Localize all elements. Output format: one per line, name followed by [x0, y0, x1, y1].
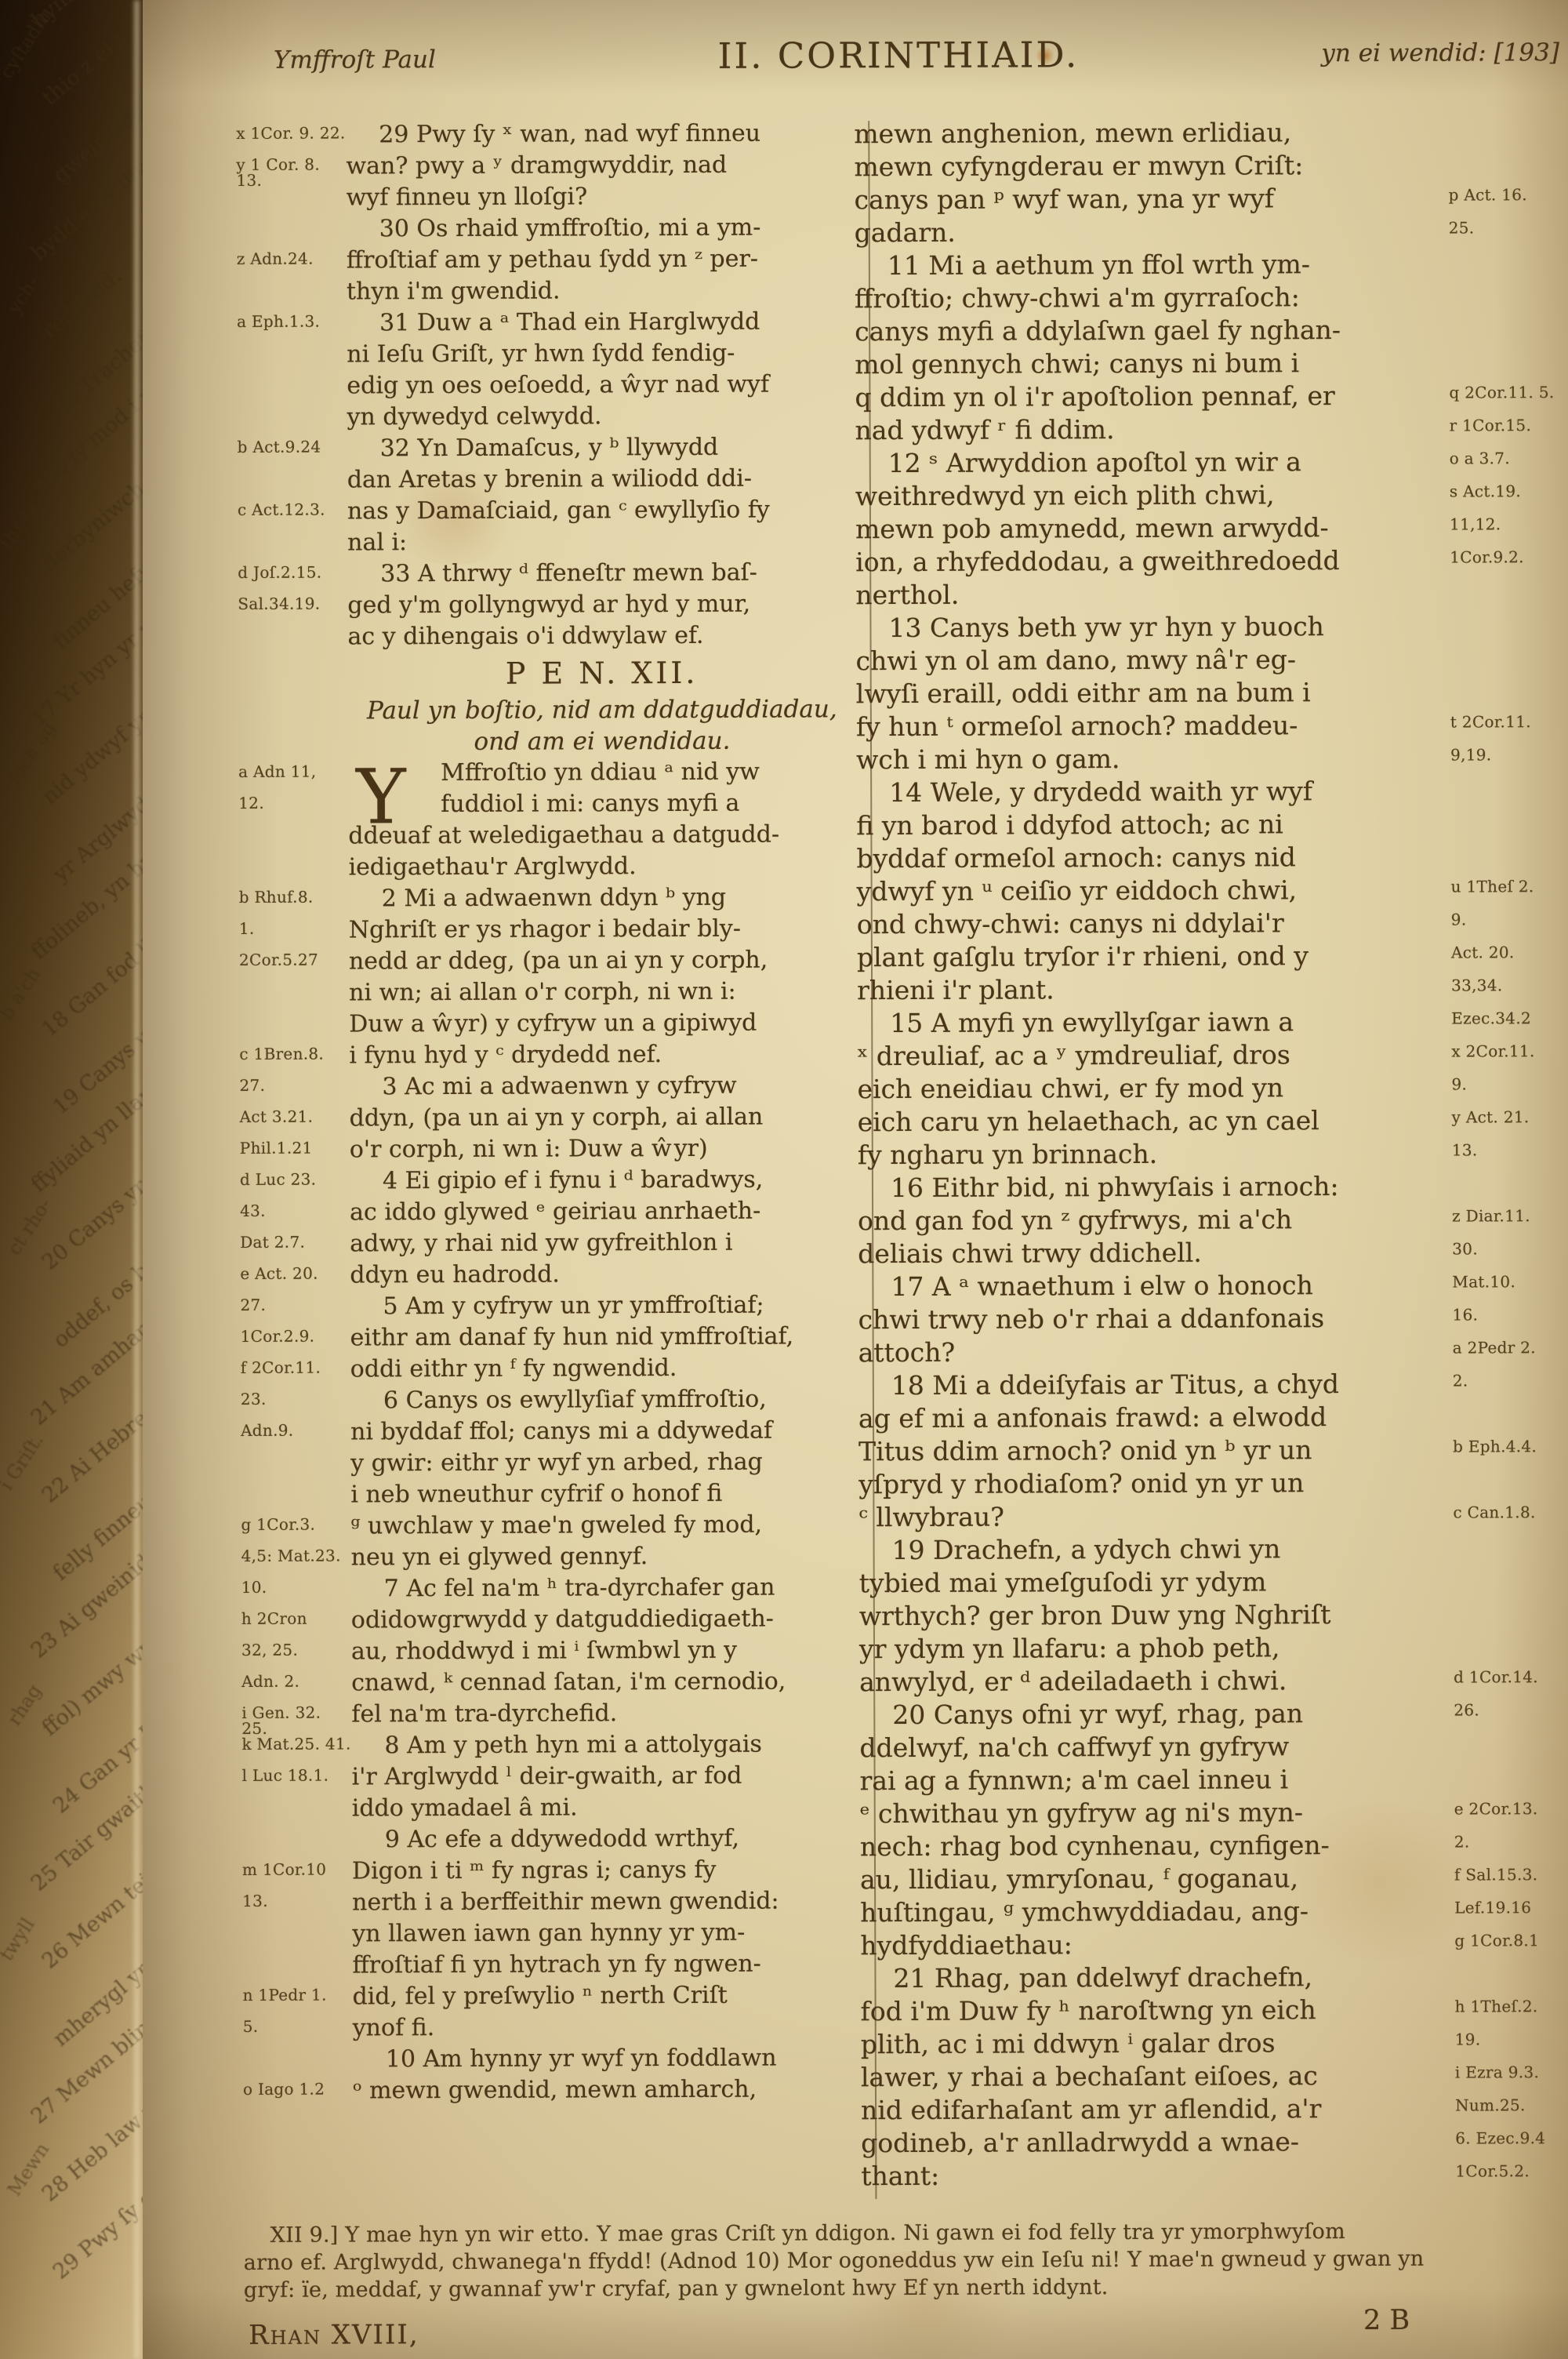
verse-line: fod i'm Duw fy ʰ naroſtwng yn eich [861, 1994, 1447, 2029]
margin-reference [242, 1950, 352, 1981]
margin-reference [1446, 1762, 1563, 1796]
margin-reference [1446, 1960, 1563, 1994]
verse-row: Dat 2.7.adwy, y rhai nid yw gyfreithlon … [240, 1227, 858, 1260]
verse-line: odidowgrwydd y datguddiedigaeth- [351, 1603, 859, 1636]
margin-reference: z Diar.11. [1444, 1202, 1560, 1236]
verse-line: 18 Mi a ddeiſyfais ar Titus, a chyd [858, 1368, 1445, 1403]
verse-line: Paul yn boſtio, nid am ddatguddiadau, [348, 693, 856, 726]
margin-reference [238, 695, 348, 726]
commentary-footnote: XII 9.] Y mae hyn yn wir etto. Y mae gra… [244, 2217, 1568, 2304]
verse-line: Digon i ti ᵐ fy ngras i; canys fy [352, 1854, 860, 1887]
margin-reference [237, 339, 347, 370]
margin-reference: 32, 25. [241, 1636, 351, 1667]
margin-reference: b Eph.4.4. [1445, 1433, 1561, 1467]
margin-reference: Num.25. [1447, 2092, 1563, 2125]
verse-row: 20 Canys ofni yr wyf, rhag, pan26. [859, 1696, 1562, 1732]
verse-row: yr ydym yn llafaru: a phob peth, [859, 1630, 1562, 1666]
verse-line: ᵒ mewn gwendid, mewn amharch, [353, 2074, 861, 2106]
verse-line: anwylyd, er ᵈ adeiladaeth i chwi. [859, 1664, 1446, 1699]
verse-line: Mffroſtio yn ddiau ᵃ nid yw [348, 756, 856, 789]
verse-line: 13 Canys beth yw yr hyn y buoch [855, 610, 1442, 645]
margin-reference: Mat.10. [1444, 1268, 1560, 1302]
verse-row: fod i'm Duw fy ʰ naroſtwng yn eichh 1The… [861, 1993, 1563, 2028]
verse-row: weithredwyd yn eich plith chwi,s Act.19. [855, 478, 1558, 513]
verse-row: z Adn.24.ffroſtiaf am y pethau ſydd yn ᶻ… [237, 243, 855, 277]
verse-row: 27.5 Am y cyfryw un yr ymffroſtiaf; [240, 1289, 858, 1323]
margin-reference: 25. [1441, 214, 1557, 248]
margin-reference [238, 527, 347, 558]
margin-reference [1441, 280, 1557, 314]
spine-edge-text-fragment: cyſtadlu [0, 6, 56, 83]
verse-line: Duw a ŵyr) y cyfryw un a gipiwyd [349, 1007, 857, 1040]
verse-line: mol gennych chwi; canys ni bum i [855, 347, 1441, 382]
verse-row: b Act.9.2432 Yn Damaſcus, y ᵇ llywydd [238, 431, 855, 465]
drop-cap: Y [356, 759, 406, 834]
spine-previous-page: hynny nidthio z ei weinidoggweinidogion … [0, 0, 143, 2359]
margin-reference: 43. [240, 1197, 350, 1228]
verse-line: 21 Rhag, pan ddelwyf drachefn, [860, 1961, 1446, 1996]
margin-reference [1440, 148, 1556, 182]
verse-line: 29 Pwy ſy ˣ wan, nad wyf finneu [346, 118, 854, 151]
verse-row: plant gaſglu tryſor i'r rhieni, ond yAct… [857, 939, 1559, 974]
verse-row: au, llidiau, ymryſonau, ᶠ goganau,f Sal.… [860, 1861, 1563, 1896]
verse-line: edig yn oes oeſoedd, a ŵyr nad wyf [347, 369, 855, 402]
margin-reference: g 1Cor.8.1 [1446, 1927, 1563, 1961]
verse-row: 18 Mi a ddeiſyfais ar Titus, a chyd2. [858, 1367, 1561, 1402]
margin-reference: 33,34. [1443, 972, 1559, 1005]
margin-reference: 11,12. [1442, 511, 1558, 544]
verse-line: wan? pwy a ʸ dramgwyddir, nad [346, 149, 854, 182]
verse-row: fi yn barod i ddyfod attoch; ac ni [856, 807, 1559, 842]
spine-edge-text-fragment: thr he- [0, 487, 49, 553]
verse-line: plant gaſglu tryſor i'r rhieni, ond y [857, 940, 1443, 975]
verse-line: Nghriſt er ys rhagor i bedair bly- [349, 913, 857, 946]
verse-line: chwi trwy neb o'r rhai a ddanfonais [858, 1302, 1444, 1337]
verse-line: ddyn, (pa un ai yn y corph, ai allan [350, 1101, 858, 1134]
verse-line: rhieni i'r plant. [857, 972, 1443, 1008]
margin-reference [239, 977, 349, 1009]
verse-line: ynof fi. [353, 2011, 861, 2044]
verse-row: 1Cor.2.9.eithr am danaf fy hun nid ymffr… [241, 1321, 858, 1354]
verse-line: fi yn barod i ddyfod attoch; ac ni [856, 808, 1443, 843]
margin-reference: d 1Cor.14. [1446, 1663, 1562, 1697]
verse-line: ddelwyf, na'ch caffwyf yn gyfryw [859, 1730, 1446, 1765]
verse-row: attoch?a 2Pedr 2. [858, 1334, 1561, 1369]
margin-reference [241, 1448, 350, 1479]
margin-reference: Dat 2.7. [240, 1228, 350, 1259]
verse-line: rai ag a fynnwn; a'm cael inneu i [860, 1763, 1446, 1798]
verse-row: x 1Cor. 9. 22.29 Pwy ſy ˣ wan, nad wyf f… [236, 118, 854, 151]
margin-reference: b Act.9.24 [238, 433, 347, 464]
verse-row: eich eneidiau chwi, er fy mod yn9. [857, 1070, 1559, 1106]
margin-reference: Ezec.34.2 [1443, 1005, 1559, 1038]
spine-edge-text-fragment: i Griſt. [0, 1430, 48, 1494]
verse-line: mewn pob amynedd, mewn arwydd- [855, 511, 1442, 547]
verse-row: ond chwy-chwi: canys ni ddylai'r9. [857, 906, 1559, 941]
verse-row: h 2Cronodidowgrwydd y datguddiedigaeth- [241, 1603, 859, 1637]
margin-reference: r 1Cor.15. [1442, 412, 1558, 445]
margin-reference [242, 1918, 352, 1950]
verse-line: 14 Wele, y drydedd waith yr wyf [856, 775, 1443, 810]
verse-line: y gwir: eithr yr wyf yn arbed, rhag [350, 1446, 858, 1479]
footnote-line: XII 9.] Y mae hyn yn wir etto. Y mae gra… [244, 2217, 1568, 2249]
verse-line: iedigaethau'r Arglwydd. [348, 850, 856, 883]
margin-reference: 27. [240, 1291, 350, 1322]
verse-line: 5 Am y cyfryw un yr ymffroſtiaf; [350, 1289, 858, 1322]
verse-row: chwi trwy neb o'r rhai a ddanfonais16. [858, 1301, 1560, 1336]
margin-reference [1442, 576, 1558, 610]
margin-reference: Sal.34.19. [238, 590, 347, 621]
verse-row: a Adn 11,Mffroſtio yn ddiau ᵃ nid ywY [238, 756, 856, 790]
section-catchword: Rhan XVIII, [249, 2319, 419, 2351]
verse-line: o'r corph, ni wn i: Duw a ŵyr) [350, 1132, 858, 1165]
verse-row: 27.3 Ac mi a adwaenwn y cyfryw [239, 1070, 857, 1103]
margin-reference: q 2Cor.11. 5. [1441, 379, 1557, 413]
footnote-line: arno ef. Arglwydd, chwanega'n ffydd! (Ad… [244, 2245, 1568, 2277]
verse-row: 5.ynof fi. [243, 2011, 861, 2045]
verse-row: rhieni i'r plant.33,34. [857, 972, 1559, 1007]
verse-row: 4,5: Mat.23.neu yn ei glywed gennyf. [241, 1540, 859, 1574]
verse-row: canys myfi a ddylaſwn gael fy nghan- [855, 313, 1557, 348]
verse-line: ffroſtio; chwy-chwi a'm gyrraſoch: [855, 281, 1441, 316]
verse-row: b Rhuf.8.2 Mi a adwaenwn ddyn ᵇ yng [239, 881, 857, 915]
margin-reference: a 2Pedr 2. [1445, 1334, 1561, 1368]
page-footer: Rhan XVIII, 2 B [244, 2304, 1568, 2359]
verse-row: d Joſ.2.15.33 A thrwy ᵈ ffeneſtr mewn ba… [238, 557, 855, 591]
verse-row: 32, 25.au, rhoddwyd i mi ⁱ ſwmbwl yn y [241, 1634, 859, 1668]
verse-line: ion, a rhyfeddodau, a gweithredoedd [855, 544, 1442, 580]
verse-row: tybied mai ymeſguſodi yr ydym [859, 1565, 1562, 1600]
verse-row: 1.Nghriſt er ys rhagor i bedair bly- [239, 913, 857, 947]
verse-line: ᵍ uwchlaw y mae'n gweled fy mod, [350, 1509, 858, 1542]
verse-row: Titus ddim arnoch? onid yn ᵇ yr unb Eph.… [858, 1433, 1561, 1468]
margin-reference [237, 402, 347, 433]
verse-line: ᶜ llwybrau? [858, 1499, 1445, 1535]
verse-row: 13.nerth i a berffeithir mewn gwendid: [242, 1885, 860, 1919]
margin-reference [237, 213, 347, 245]
verse-line: 30 Os rhaid ymffroſtio, mi a ym- [347, 212, 855, 245]
verse-row: 2Cor.5.27nedd ar ddeg, (pa un ai yn y co… [239, 944, 857, 978]
verse-line: lwyſi eraill, oddi eithr am na bum i [856, 676, 1443, 711]
verse-line: eich eneidiau chwi, er fy mod yn [857, 1071, 1443, 1107]
verse-row: d Luc 23.4 Ei gipio ef i fynu i ᵈ baradw… [240, 1164, 858, 1198]
margin-reference: h 1Theſ.2. [1447, 1993, 1563, 2026]
verse-line: i fynu hyd y ᶜ drydedd nef. [349, 1038, 857, 1071]
verse-line: i'r Arglwydd ˡ deir-gwaith, ar fod [352, 1760, 860, 1793]
verse-row: ᵉ chwithau yn gyfryw ag ni's myn-e 2Cor.… [860, 1795, 1563, 1830]
verse-line: nid edifarhaſant am yr aflendid, a'r [861, 2092, 1447, 2128]
verse-row: 13 Canys beth yw yr hyn y buoch [855, 609, 1558, 645]
verse-line: thyn i'm gwendid. [347, 274, 855, 307]
verse-line: cnawd, ᵏ cennad ſatan, i'm cernodio, [351, 1666, 859, 1699]
verse-line: ᵉ chwithau yn gyfryw ag ni's myn- [860, 1796, 1446, 1831]
verse-row: 10.7 Ac fel na'm ʰ tra-dyrchafer gan [241, 1572, 859, 1605]
verse-line: ˣ dreuliaf, ac a ʸ ymdreuliaf, dros [857, 1038, 1443, 1074]
margin-reference: d Luc 23. [240, 1165, 350, 1197]
verse-line: 3 Ac mi a adwaenwn y cyfryw [349, 1070, 857, 1103]
verse-row: a Eph.1.3.31 Duw a ᵃ Thad ein Harglwydd [237, 306, 855, 340]
verse-line: yr ydym yn llafaru: a phob peth, [859, 1631, 1446, 1667]
verse-line: ffroſtiaf fi yn hytrach yn fy ngwen- [352, 1948, 860, 1981]
margin-reference [1446, 1630, 1562, 1664]
verse-line: ni wn; ai allan o'r corph, ni wn i: [349, 976, 857, 1009]
verse-line: did, fel y preſwylio ⁿ nerth Criſt [352, 1979, 860, 2012]
verse-row: nech: rhag bod cynhenau, cynfigen-2. [860, 1828, 1563, 1863]
margin-reference [241, 1479, 350, 1510]
verse-line: nech: rhag bod cynhenau, cynfigen- [860, 1829, 1446, 1864]
verse-row: Sal.34.19.ged y'm gollyngwyd ar hyd y mu… [238, 588, 855, 622]
verse-line: canys pan ᵖ wyf wan, yna yr wyf [854, 182, 1440, 217]
verse-row: Adn. 2.cnawd, ᵏ cennad ſatan, i'm cernod… [241, 1666, 859, 1699]
margin-reference: o Iago 1.2 [243, 2075, 353, 2106]
margin-reference: z Adn.24. [237, 245, 347, 276]
margin-reference [1442, 609, 1558, 643]
verse-line: au, rhoddwyd i mi ⁱ ſwmbwl yn y [351, 1634, 859, 1667]
verse-line: neu yn ei glywed gennyf. [351, 1540, 859, 1573]
verse-row: fy ngharu yn brinnach.13. [858, 1136, 1560, 1172]
verse-line: 12 ˢ Arwyddion apoſtol yn wir a [855, 445, 1442, 481]
verse-row: i neb wneuthur cyfrif o honof fi [241, 1478, 858, 1511]
verse-line: nal i: [347, 525, 855, 558]
verse-line: nas y Damaſciaid, gan ᶜ ewyllyſio fy [347, 494, 855, 527]
verse-row: thant:1Cor.5.2. [861, 2157, 1563, 2193]
margin-reference [238, 820, 348, 852]
margin-reference [1446, 1598, 1562, 1631]
verse-line: 10 Am hynny yr wyf yn foddlawn [353, 2042, 861, 2075]
verse-row: deliais chwi trwy ddichell.30. [858, 1235, 1560, 1270]
verse-row: ddeuaf at weledigaethau a datgudd- [238, 819, 856, 852]
verse-line: huſtingau, ᵍ ymchwyddiadau, ang- [860, 1895, 1446, 1930]
margin-reference: s Act.19. [1442, 478, 1558, 511]
verse-row: Duw a ŵyr) y cyfryw un a gipiwyd [239, 1007, 857, 1041]
margin-reference: l Luc 18.1. [242, 1761, 352, 1793]
verse-row: nad ydwyf ʳ fi ddim.r 1Cor.15. [855, 412, 1558, 447]
verse-row: 12.fuddiol i mi: canys myfi a [238, 787, 856, 821]
margin-reference: e Act. 20. [240, 1259, 350, 1291]
spine-edge-text-fragment: twyll [0, 1914, 39, 1965]
verse-row: l Luc 18.1.i'r Arglwydd ˡ deir-gwaith, a… [242, 1760, 860, 1794]
verse-row: 16 Eithr bid, ni phwyſais i arnoch: [858, 1169, 1560, 1205]
margin-reference [1445, 1466, 1561, 1499]
verse-row: 21 Rhag, pan ddelwyf drachefn, [860, 1960, 1563, 1995]
margin-reference: y 1 Cor. 8. 13. [236, 151, 346, 182]
margin-reference [1446, 1532, 1562, 1565]
verse-line: eich caru yn helaethach, ac yn cael [858, 1104, 1444, 1140]
verse-line: byddaf ormeſol arnoch: canys nid [856, 841, 1443, 876]
margin-reference: f Sal.15.3. [1446, 1861, 1563, 1895]
margin-reference: d Joſ.2.15. [238, 558, 347, 590]
verse-row: e Act. 20.ddyn eu hadrodd. [240, 1258, 858, 1292]
verse-row: lwyſi eraill, oddi eithr am na bum i [856, 675, 1559, 711]
verse-line: nedd ar ddeg, (pa un ai yn y corph, [349, 944, 857, 977]
verse-row: ffroſtio; chwy-chwi a'm gyrraſoch: [855, 280, 1557, 315]
verse-line: oddi eithr yn ᶠ fy ngwendid. [350, 1352, 858, 1385]
verse-row: 11 Mi a aethum yn ffol wrth ym- [855, 247, 1557, 282]
verse-line: Titus ddim arnoch? onid yn ᵇ yr un [858, 1434, 1445, 1469]
right-column: mewn anghenion, mewn erlidiau,mewn cyfyn… [854, 115, 1563, 2193]
verse-row: thyn i'm gwendid. [237, 274, 855, 308]
margin-reference [1441, 313, 1557, 347]
verse-line: au, llidiau, ymryſonau, ᶠ goganau, [860, 1862, 1446, 1897]
verse-line: nerthol. [855, 577, 1442, 612]
margin-reference: 1Cor.5.2. [1447, 2157, 1563, 2191]
margin-reference: 12. [238, 789, 348, 820]
verse-row: 12 ˢ Arwyddion apoſtol yn wir ao a 3.7. [855, 445, 1558, 480]
margin-reference [1443, 807, 1559, 841]
verse-line: 11 Mi a aethum yn ffol wrth ym- [855, 248, 1441, 283]
verse-line: thant: [861, 2158, 1447, 2194]
verse-line: mewn anghenion, mewn erlidiau, [854, 116, 1440, 151]
verse-line: fel na'm tra-dyrchefid. [351, 1697, 859, 1730]
margin-reference: i Ezra 9.3. [1447, 2059, 1563, 2092]
verse-row: yſpryd y rhodiaſom? onid yn yr un [858, 1466, 1561, 1501]
running-header: Ymffroſt Paul II. CORINTHIAID. yn ei wen… [236, 27, 1561, 120]
footnote-line: gryf: ïe, meddaf, y gwannaf yw'r cryfaf,… [244, 2272, 1568, 2304]
margin-reference: 16. [1444, 1301, 1560, 1335]
margin-reference [1441, 346, 1557, 380]
verse-line: 2 Mi a adwaenwn ddyn ᵇ yng [349, 881, 857, 914]
verse-row: 19 Drachefn, a ydych chwi yn [859, 1532, 1562, 1567]
verse-row: anwylyd, er ᵈ adeiladaeth i chwi.d 1Cor.… [859, 1663, 1562, 1699]
margin-reference: k Mat.25. 41. [241, 1730, 351, 1761]
verse-line: ac y dihengais o'i ddwylaw ef. [347, 620, 855, 652]
margin-reference: n 1Pedr 1. [242, 1981, 352, 2012]
verse-row: huſtingau, ᵍ ymchwyddiadau, ang-Lef.19.1… [860, 1894, 1563, 1929]
verse-line: ac iddo glywed ᵉ geiriau anrhaeth- [350, 1195, 858, 1228]
running-header-right-pagenum: yn ei wendid: [193] [1321, 38, 1559, 67]
verse-line: 6 Canys os ewyllyſiaf ymffroſtio, [350, 1383, 858, 1416]
verse-line: 19 Drachefn, a ydych chwi yn [859, 1532, 1446, 1568]
verse-line: 17 A ᵃ wnaethum i elw o honoch [858, 1269, 1444, 1304]
verse-line: fy hun ᵗ ormeſol arnoch? maddeu- [856, 709, 1443, 744]
verse-line: nad ydwyf ʳ fi ddim. [855, 413, 1442, 448]
margin-reference: 9,19. [1443, 741, 1559, 775]
verse-line: ged y'm gollyngwyd ar hyd y mur, [347, 588, 855, 621]
verse-row: f 2Cor.11.oddi eithr yn ᶠ fy ngwendid. [241, 1352, 858, 1386]
margin-reference [1443, 774, 1559, 808]
spine-edge-text-fragment: b a'ch [0, 964, 45, 1023]
verse-row: canys pan ᵖ wyf wan, yna yr wyfp Act. 16… [854, 181, 1556, 216]
margin-reference [239, 1009, 349, 1040]
verse-row: nerthol. [855, 576, 1558, 612]
margin-reference [1443, 840, 1559, 874]
margin-reference [243, 2044, 353, 2075]
verse-line: ddyn eu hadrodd. [350, 1258, 858, 1291]
verse-row: g 1Cor.3.ᵍ uwchlaw y mae'n gweled fy mod… [241, 1509, 858, 1543]
margin-reference: c Can.1.8. [1445, 1499, 1561, 1532]
verse-line: ag ef mi a anfonais frawd: a elwodd [858, 1401, 1445, 1436]
verse-row: n 1Pedr 1.did, fel y preſwylio ⁿ nerth C… [242, 1979, 860, 2013]
margin-reference: 1Cor.2.9. [241, 1322, 350, 1354]
verse-line: eithr am danaf fy hun nid ymffroſtiaf, [350, 1321, 858, 1354]
verse-line: 7 Ac fel na'm ʰ tra-dyrchafer gan [351, 1572, 859, 1605]
verse-row: ddelwyf, na'ch caffwyf yn gyfryw [859, 1729, 1562, 1765]
margin-reference [238, 652, 348, 695]
verse-row: ond am ei wendidau. [238, 725, 856, 758]
verse-line: weithredwyd yn eich plith chwi, [855, 478, 1442, 514]
verse-row: 14 Wele, y drydedd waith yr wyf [856, 774, 1559, 809]
printed-content: Ymffroſt Paul II. CORINTHIAID. yn ei wen… [236, 27, 1568, 2359]
verse-row: ac y dihengais o'i ddwylaw ef. [238, 620, 855, 653]
verse-row: ag ef mi a anfonais frawd: a elwodd [858, 1400, 1561, 1435]
verse-row: nal i: [238, 525, 855, 559]
margin-reference: 9. [1443, 906, 1559, 940]
margin-reference: 27. [239, 1071, 349, 1103]
verse-line: wrthych? ger bron Duw yng Nghriſt [859, 1598, 1446, 1634]
scanned-book-page-photo: hynny nidthio z ei weinidoggweinidogion … [0, 0, 1568, 2359]
margin-reference: 13. [242, 1887, 352, 1918]
verse-row: Paul yn boſtio, nid am ddatguddiadau, [238, 693, 856, 727]
margin-reference [238, 621, 347, 652]
margin-reference: t 2Cor.11. [1443, 708, 1559, 742]
margin-reference [238, 464, 347, 496]
verse-row: 30 Os rhaid ymffroſtio, mi a ym- [237, 212, 855, 245]
verse-row: iddo ymadael â mi. [242, 1791, 860, 1825]
margin-reference: 2. [1446, 1828, 1563, 1862]
verse-line: godineb, a'r anlladrwydd a wnae- [861, 2125, 1447, 2161]
verse-line: fy ngharu yn brinnach. [858, 1137, 1444, 1172]
verse-line: q ddim yn ol i'r apoſtolion pennaf, er [855, 380, 1441, 415]
verse-line: ydwyf yn ᵘ ceiſio yr eiddoch chwi, [857, 874, 1443, 909]
verse-line: chwi yn ol am dano, mwy nâ'r eg- [856, 643, 1443, 678]
verse-row: i Gen. 32. 25.fel na'm tra-dyrchefid. [241, 1697, 859, 1731]
verse-line: ni byddaf ffol; canys mi a ddywedaf [350, 1415, 858, 1448]
margin-reference: 6. Ezec.9.4 [1447, 2125, 1563, 2158]
margin-reference [1443, 642, 1559, 676]
verse-row: ffroſtiaf fi yn hytrach yn fy ngwen- [242, 1948, 860, 1982]
verse-row: c 1Bren.8.i fynu hyd y ᶜ drydedd nef. [239, 1038, 857, 1072]
text-body: x 1Cor. 9. 22.29 Pwy ſy ˣ wan, nad wyf f… [236, 115, 1568, 2195]
verse-row: ion, a rhyfeddodau, a gweithredoedd1Cor.… [855, 543, 1558, 579]
margin-reference: x 2Cor.11. [1443, 1038, 1559, 1071]
margin-reference: 13. [1444, 1136, 1560, 1170]
verse-row: edig yn oes oeſoedd, a ŵyr nad wyf [237, 369, 855, 402]
verse-row: mewn cyfyngderau er mwyn Criſt: [854, 148, 1556, 184]
verse-row: rai ag a fynnwn; a'm cael inneu i [860, 1762, 1563, 1797]
left-column: x 1Cor. 9. 22.29 Pwy ſy ˣ wan, nad wyf f… [236, 118, 861, 2195]
margin-reference: Adn. 2. [241, 1667, 351, 1699]
verse-line: ond am ei wendidau. [348, 725, 856, 758]
verse-row: yn dywedyd celwydd. [237, 400, 855, 434]
verse-line: gadarn. [855, 215, 1441, 250]
margin-reference: b Rhuf.8. [239, 883, 349, 914]
verse-row: wyf finneu yn lloſgi? [236, 180, 854, 214]
verse-row: dan Aretas y brenin a wiliodd ddi- [238, 463, 855, 496]
spine-edge-text-fragment: ych- [3, 273, 43, 318]
verse-row: Adn.9.ni byddaf ffol; canys mi a ddyweda… [241, 1415, 858, 1448]
verse-row: chwi yn ol am dano, mwy nâ'r eg- [856, 642, 1559, 678]
verse-row: gadarn.25. [855, 214, 1557, 249]
margin-reference [1444, 1169, 1560, 1203]
verse-row: mewn anghenion, mewn erlidiau, [854, 115, 1556, 151]
verse-line: P E N. XII. [348, 651, 856, 695]
margin-reference: 23. [241, 1385, 350, 1416]
verse-line: tybied mai ymeſguſodi yr ydym [859, 1565, 1446, 1601]
verse-row: iedigaethau'r Arglwydd. [238, 850, 856, 884]
verse-line: canys myfi a ddylaſwn gael fy nghan- [855, 314, 1441, 349]
verse-row: ni Ieſu Griſt, yr hwn ſydd fendig- [237, 337, 855, 371]
verse-line: 8 Am y peth hyn mi a attolygais [351, 1728, 859, 1761]
verse-row: 23.6 Canys os ewyllyſiaf ymffroſtio, [241, 1383, 858, 1417]
margin-reference: Lef.19.16 [1446, 1894, 1563, 1928]
verse-line: adwy, y rhai nid yw gyfreithlon i [350, 1227, 858, 1259]
margin-reference: 26. [1446, 1696, 1562, 1730]
verse-row: m 1Cor.10Digon i ti ᵐ fy ngras i; canys … [242, 1854, 860, 1888]
verse-line: lawer, y rhai a bechaſant eiſoes, ac [861, 2059, 1447, 2095]
verse-line: yn llawen iawn gan hynny yr ym- [352, 1917, 860, 1950]
verse-line: attoch? [858, 1335, 1445, 1370]
verse-line: fuddiol i mi: canys myfi a [348, 787, 856, 820]
